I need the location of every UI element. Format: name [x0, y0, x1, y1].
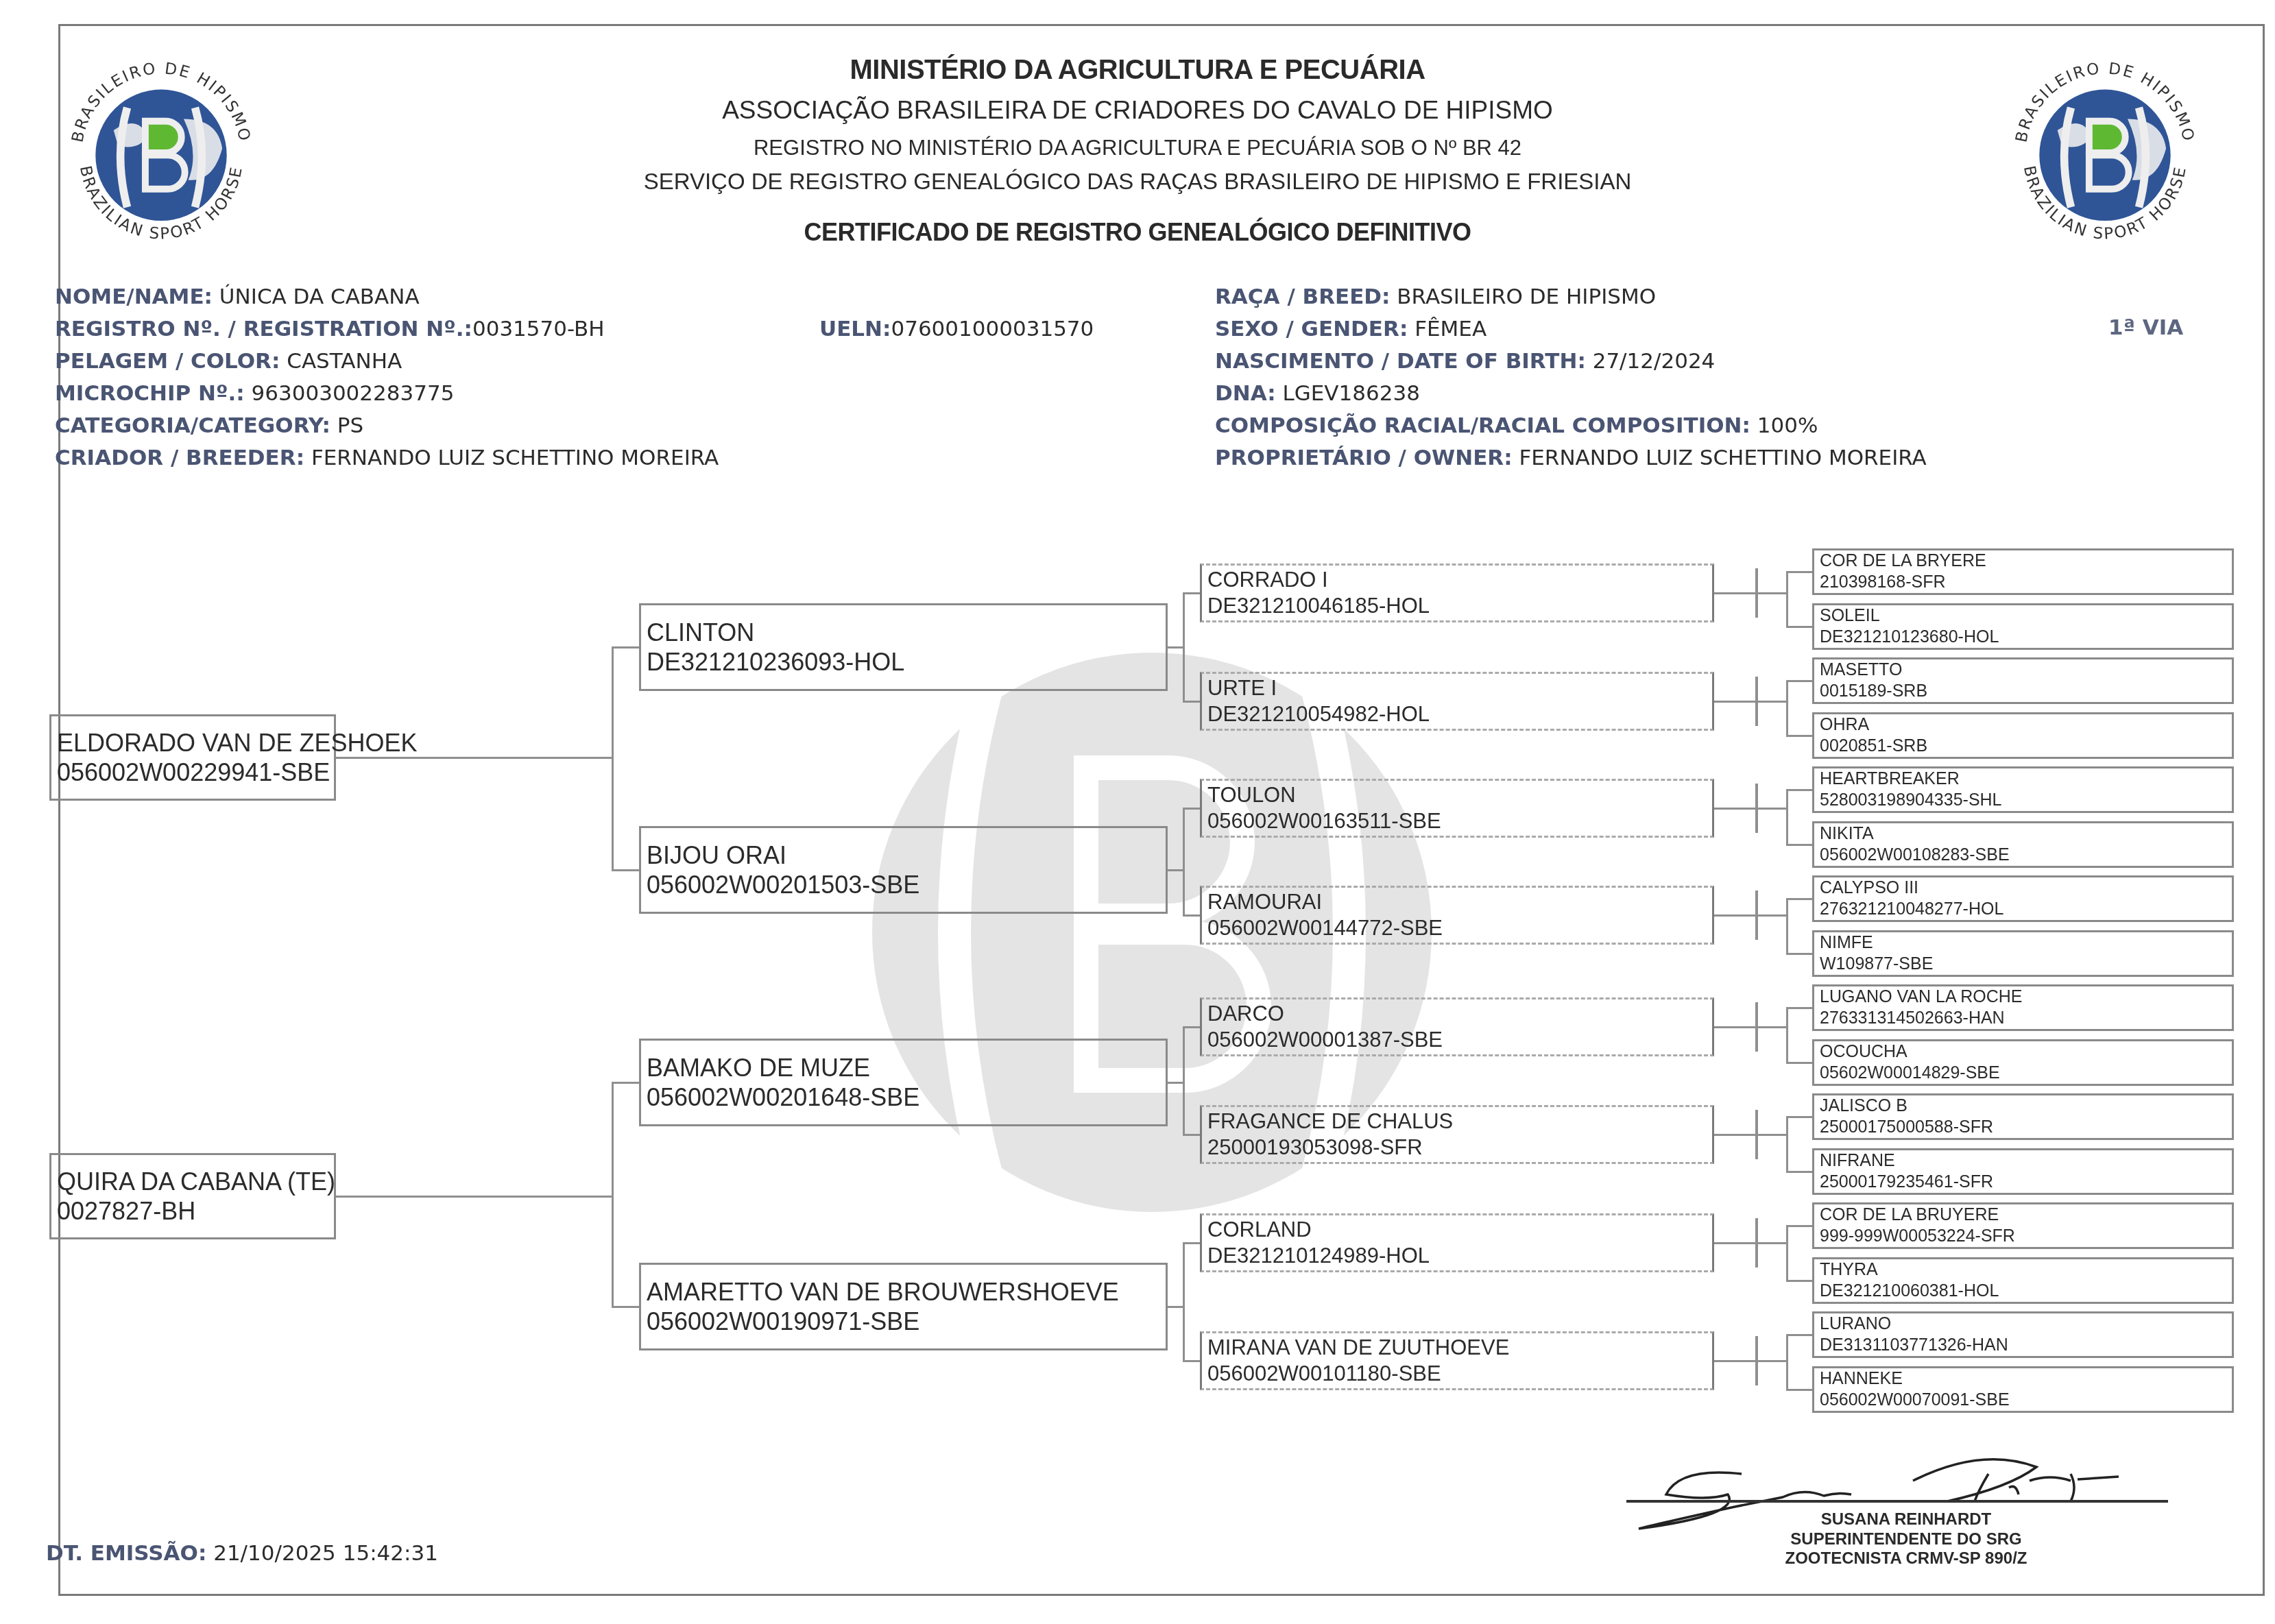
pedigree-connector: [612, 647, 614, 870]
horse-name: ELDORADO VAN DE ZESHOEK: [57, 728, 334, 758]
pedigree-connector: [1183, 701, 1200, 703]
pedigree-g4-box: CALYPSO III276321210048277-HOL: [1812, 875, 2234, 922]
pedigree-connector: [1714, 701, 1755, 703]
pedigree-g4-box: OCOUCHA05602W00014829-SBE: [1812, 1039, 2234, 1086]
animal-info-right: RAÇA / BREED: BRASILEIRO DE HIPISMO SEXO…: [1215, 281, 1927, 474]
pedigree-connector: [1714, 808, 1755, 810]
pedigree-connector: [1786, 789, 1812, 791]
association-name: ASSOCIAÇÃO BRASILEIRA DE CRIADORES DO CA…: [0, 96, 2275, 125]
horse-name: AMARETTO VAN DE BROUWERSHOEVE: [647, 1277, 1166, 1307]
field-breeder: CRIADOR / BREEDER: FERNANDO LUIZ SCHETTI…: [55, 442, 719, 474]
pedigree-connector: [1786, 1226, 1788, 1281]
horse-registration: 056002W00101180-SBE: [1207, 1361, 1712, 1387]
pedigree-g4-box: MASETTO0015189-SRB: [1812, 657, 2234, 704]
pedigree-connector: [1168, 1082, 1183, 1084]
pedigree-connector: [1786, 1225, 1812, 1227]
pedigree-g4-box: JALISCO B25000175000588-SFR: [1812, 1093, 2234, 1140]
horse-name: DARCO: [1207, 1001, 1712, 1027]
pedigree-connector: [1755, 1242, 1786, 1244]
horse-name: LUGANO VAN LA ROCHE: [1820, 986, 2232, 1008]
horse-name: RAMOURAI: [1207, 889, 1712, 915]
horse-name: COR DE LA BRYERE: [1820, 550, 2232, 572]
pedigree-g3-box: DARCO056002W00001387-SBE: [1200, 997, 1714, 1056]
pedigree-connector: [1786, 790, 1788, 845]
pedigree-connector: [612, 1082, 614, 1307]
field-color: PELAGEM / COLOR: CASTANHA: [55, 346, 719, 378]
certificate-title: CERTIFICADO DE REGISTRO GENEALÓGICO DEFI…: [0, 218, 2275, 247]
pedigree-connector: [1183, 1134, 1200, 1136]
pedigree-connector: [1786, 680, 1812, 682]
pedigree-g2-box: CLINTONDE321210236093-HOL: [639, 603, 1168, 691]
horse-registration: 0015189-SRB: [1820, 681, 2232, 702]
horse-name: LURANO: [1820, 1313, 2232, 1335]
pedigree-connector: [1714, 1242, 1755, 1244]
pedigree-connector: [1168, 869, 1183, 871]
pedigree-g3-box: FRAGANCE DE CHALUS25000193053098-SFR: [1200, 1105, 1714, 1164]
pedigree-g4-box: NIKITA056002W00108283-SBE: [1812, 821, 2234, 868]
horse-registration: 056002W00070091-SBE: [1820, 1390, 2232, 1411]
horse-registration: 25000193053098-SFR: [1207, 1135, 1712, 1161]
pedigree-g3-box: URTE IDE321210054982-HOL: [1200, 672, 1714, 731]
pedigree-g4-box: HEARTBREAKER528003198904335-SHL: [1812, 766, 2234, 813]
horse-name: MASETTO: [1820, 659, 2232, 681]
horse-registration: DE321210236093-HOL: [647, 647, 1166, 677]
pedigree-connector: [1183, 808, 1200, 810]
pedigree-connector: [1786, 1062, 1812, 1064]
pedigree-connector: [1786, 1280, 1812, 1282]
pedigree-g4-box: COR DE LA BRYERE210398168-SFR: [1812, 548, 2234, 595]
pedigree-connector: [336, 757, 612, 759]
pedigree-connector: [1755, 1026, 1786, 1028]
pedigree-connector: [1786, 1008, 1788, 1063]
field-ueln: UELN:076001000031570: [819, 313, 1094, 346]
pedigree-connector: [1714, 592, 1755, 594]
horse-name: MIRANA VAN DE ZUUTHOEVE: [1207, 1335, 1712, 1361]
field-name: NOME/NAME: ÚNICA DA CABANA: [55, 281, 719, 313]
horse-name: CORLAND: [1207, 1217, 1712, 1243]
registry-note: REGISTRO NO MINISTÉRIO DA AGRICULTURA E …: [0, 136, 2275, 160]
pedigree-connector: [1714, 1360, 1755, 1362]
horse-name: URTE I: [1207, 675, 1712, 701]
pedigree-connector: [1168, 1306, 1183, 1308]
field-dna: DNA: LGEV186238: [1215, 378, 1927, 410]
signatory-credential: ZOOTECNISTA CRMV-SP 890/Z: [1646, 1549, 2167, 1568]
pedigree-connector: [1183, 1243, 1185, 1361]
horse-registration: 0020851-SRB: [1820, 736, 2232, 757]
pedigree-connector: [1755, 1360, 1786, 1362]
pedigree-connector: [1786, 1117, 1788, 1172]
horse-registration: 056002W00201648-SBE: [647, 1082, 1166, 1112]
pedigree-connector: [1786, 1171, 1812, 1173]
horse-registration: DE3131103771326-HAN: [1820, 1335, 2232, 1356]
horse-registration: 056002W00144772-SBE: [1207, 915, 1712, 941]
horse-registration: 056002W00108283-SBE: [1820, 845, 2232, 866]
horse-registration: 056002W00001387-SBE: [1207, 1027, 1712, 1053]
horse-name: FRAGANCE DE CHALUS: [1207, 1108, 1712, 1135]
pedigree-connector: [1786, 1335, 1788, 1390]
pedigree-connector: [1786, 953, 1812, 955]
horse-registration: 05602W00014829-SBE: [1820, 1063, 2232, 1084]
pedigree-g1-box: ELDORADO VAN DE ZESHOEK056002W00229941-S…: [49, 714, 336, 801]
horse-name: NIFRANE: [1820, 1150, 2232, 1172]
horse-registration: 25000179235461-SFR: [1820, 1172, 2232, 1193]
horse-registration: 056002W00201503-SBE: [647, 870, 1166, 899]
pedigree-g2-box: BAMAKO DE MUZE056002W00201648-SBE: [639, 1039, 1168, 1126]
pedigree-connector: [612, 646, 639, 649]
horse-registration: 210398168-SFR: [1820, 572, 2232, 593]
signature-line: [1626, 1500, 2168, 1503]
copy-number-badge: 1ª VIA: [2108, 315, 2183, 340]
horse-registration: 25000175000588-SFR: [1820, 1117, 2232, 1138]
pedigree-connector: [1183, 808, 1185, 915]
pedigree-connector: [1168, 646, 1183, 649]
pedigree-connector: [1786, 1007, 1812, 1009]
horse-name: HEARTBREAKER: [1820, 768, 2232, 790]
horse-registration: DE321210123680-HOL: [1820, 627, 2232, 648]
pedigree-connector: [1183, 1026, 1200, 1028]
horse-name: QUIRA DA CABANA (TE): [57, 1167, 334, 1196]
pedigree-g4-box: OHRA0020851-SRB: [1812, 712, 2234, 759]
pedigree-connector: [1786, 1116, 1812, 1118]
pedigree-connector: [1755, 808, 1786, 810]
pedigree-g3-box: TOULON056002W00163511-SBE: [1200, 779, 1714, 838]
ministry-title: MINISTÉRIO DA AGRICULTURA E PECUÁRIA: [0, 55, 2275, 86]
horse-registration: W109877-SBE: [1820, 954, 2232, 975]
pedigree-connector: [1786, 681, 1788, 736]
signatory-name: SUSANA REINHARDT: [1646, 1510, 2167, 1529]
pedigree-g4-box: THYRADE321210060381-HOL: [1812, 1257, 2234, 1304]
horse-name: THYRA: [1820, 1259, 2232, 1281]
pedigree-g3-box: RAMOURAI056002W00144772-SBE: [1200, 886, 1714, 945]
field-racial-composition: COMPOSIÇÃO RACIAL/RACIAL COMPOSITION: 10…: [1215, 410, 1927, 442]
pedigree-connector: [1183, 914, 1200, 917]
horse-name: CORRADO I: [1207, 567, 1712, 593]
field-microchip: MICROCHIP Nº.: 963003002283775: [55, 378, 719, 410]
horse-registration: 528003198904335-SHL: [1820, 790, 2232, 811]
pedigree-connector: [1183, 593, 1185, 701]
field-breed: RAÇA / BREED: BRASILEIRO DE HIPISMO: [1215, 281, 1927, 313]
horse-registration: 056002W00163511-SBE: [1207, 808, 1712, 834]
issue-date: DT. EMISSÃO: 21/10/2025 15:42:31: [46, 1541, 438, 1566]
pedigree-connector: [1786, 735, 1812, 737]
pedigree-g3-box: CORRADO IDE321210046185-HOL: [1200, 563, 1714, 622]
pedigree-connector: [1786, 898, 1812, 900]
pedigree-g4-box: LURANODE3131103771326-HAN: [1812, 1311, 2234, 1358]
horse-name: COR DE LA BRUYERE: [1820, 1204, 2232, 1226]
pedigree-connector: [1786, 844, 1812, 846]
pedigree-g2-box: AMARETTO VAN DE BROUWERSHOEVE056002W0019…: [639, 1263, 1168, 1350]
pedigree-connector: [1786, 1389, 1812, 1391]
pedigree-g4-box: COR DE LA BRUYERE999-999W00053224-SFR: [1812, 1202, 2234, 1249]
pedigree-connector: [1786, 899, 1788, 954]
pedigree-connector: [1755, 592, 1786, 594]
horse-registration: DE321210046185-HOL: [1207, 593, 1712, 619]
signatory-role: SUPERINTENDENTE DO SRG: [1646, 1530, 2167, 1549]
horse-name: BAMAKO DE MUZE: [647, 1053, 1166, 1082]
pedigree-connector: [1786, 1334, 1812, 1336]
pedigree-connector: [1714, 1026, 1755, 1028]
pedigree-g3-box: MIRANA VAN DE ZUUTHOEVE056002W00101180-S…: [1200, 1331, 1714, 1390]
horse-name: NIKITA: [1820, 823, 2232, 845]
pedigree-connector: [1755, 914, 1786, 917]
pedigree-g4-box: LUGANO VAN LA ROCHE276331314502663-HAN: [1812, 984, 2234, 1031]
pedigree-g4-box: NIFRANE25000179235461-SFR: [1812, 1148, 2234, 1195]
pedigree-g1-box: QUIRA DA CABANA (TE)0027827-BH: [49, 1153, 336, 1239]
service-name: SERVIÇO DE REGISTRO GENEALÓGICO DAS RAÇA…: [0, 169, 2275, 195]
horse-name: NIMFE: [1820, 932, 2232, 954]
field-gender: SEXO / GENDER: FÊMEA: [1215, 313, 1927, 346]
pedigree-connector: [1714, 914, 1755, 917]
pedigree-g2-box: BIJOU ORAI056002W00201503-SBE: [639, 826, 1168, 914]
pedigree-connector: [612, 1306, 639, 1308]
horse-name: OHRA: [1820, 714, 2232, 736]
pedigree-connector: [1183, 1242, 1200, 1244]
horse-name: BIJOU ORAI: [647, 840, 1166, 870]
pedigree-connector: [1183, 1360, 1200, 1362]
pedigree-connector: [1786, 572, 1788, 627]
pedigree-connector: [1786, 571, 1812, 573]
horse-registration: DE321210124989-HOL: [1207, 1243, 1712, 1269]
animal-info-left: NOME/NAME: ÚNICA DA CABANA REGISTRO Nº. …: [55, 281, 719, 474]
horse-name: HANNEKE: [1820, 1368, 2232, 1390]
pedigree-connector: [336, 1196, 612, 1198]
pedigree-connector: [1755, 1134, 1786, 1136]
horse-registration: 056002W00229941-SBE: [57, 758, 334, 787]
horse-name: CALYPSO III: [1820, 877, 2232, 899]
pedigree-g3-box: CORLANDDE321210124989-HOL: [1200, 1213, 1714, 1272]
pedigree-g4-box: SOLEILDE321210123680-HOL: [1812, 603, 2234, 650]
pedigree-g4-box: HANNEKE056002W00070091-SBE: [1812, 1366, 2234, 1413]
horse-registration: DE321210054982-HOL: [1207, 701, 1712, 727]
pedigree-connector: [612, 869, 639, 871]
pedigree-g4-box: NIMFEW109877-SBE: [1812, 930, 2234, 977]
field-owner: PROPRIETÁRIO / OWNER: FERNANDO LUIZ SCHE…: [1215, 442, 1927, 474]
pedigree-connector: [1786, 626, 1812, 628]
horse-registration: 276321210048277-HOL: [1820, 899, 2232, 920]
horse-registration: 0027827-BH: [57, 1196, 334, 1226]
horse-registration: 999-999W00053224-SFR: [1820, 1226, 2232, 1247]
horse-registration: DE321210060381-HOL: [1820, 1281, 2232, 1302]
pedigree-connector: [1183, 592, 1200, 594]
field-category: CATEGORIA/CATEGORY: PS: [55, 410, 719, 442]
horse-name: OCOUCHA: [1820, 1041, 2232, 1063]
horse-registration: 276331314502663-HAN: [1820, 1008, 2232, 1029]
field-date-of-birth: NASCIMENTO / DATE OF BIRTH: 27/12/2024: [1215, 346, 1927, 378]
pedigree-connector: [1183, 1027, 1185, 1135]
pedigree-connector: [1714, 1134, 1755, 1136]
horse-name: SOLEIL: [1820, 605, 2232, 627]
horse-name: TOULON: [1207, 782, 1712, 808]
pedigree-connector: [1755, 701, 1786, 703]
horse-registration: 056002W00190971-SBE: [647, 1307, 1166, 1336]
horse-name: JALISCO B: [1820, 1095, 2232, 1117]
pedigree-connector: [612, 1082, 639, 1084]
field-registration: REGISTRO Nº. / REGISTRATION Nº.:0031570-…: [55, 313, 719, 346]
horse-name: CLINTON: [647, 618, 1166, 647]
